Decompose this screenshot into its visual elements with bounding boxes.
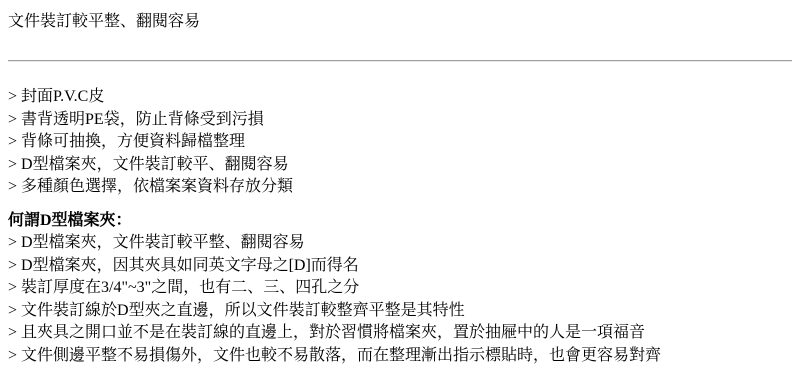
detail-line: > 文件側邊平整不易損傷外，文件也較不易散落，而在整理漸出指示標貼時，也會更容易… xyxy=(8,345,792,368)
detail-list: > D型檔案夾，文件裝訂較平整、翻閱容易> D型檔案夾，因其夾具如同英文字母之[… xyxy=(8,232,792,367)
detail-line: > 文件裝訂線於D型夾之直邊，所以文件裝訂較整齊平整是其特性 xyxy=(8,300,792,323)
feature-line: > D型檔案夾，文件裝訂較平、翻閱容易 xyxy=(8,154,792,177)
feature-line: > 書背透明PE袋，防止背條受到污損 xyxy=(8,109,792,132)
horizontal-divider xyxy=(8,60,792,62)
feature-line: > 多種顏色選擇，依檔案案資料存放分類 xyxy=(8,176,792,199)
detail-line: > 裝訂厚度在3/4"~3"之間，也有二、三、四孔之分 xyxy=(8,277,792,300)
section-heading: 何謂D型檔案夾： xyxy=(8,210,792,233)
feature-line: > 封面P.V.C皮 xyxy=(8,86,792,109)
document-body: 文件裝訂較平整、翻閱容易 > 封面P.V.C皮> 書背透明PE袋，防止背條受到污… xyxy=(0,11,800,367)
feature-line: > 背條可抽換，方便資料歸檔整理 xyxy=(8,131,792,154)
feature-list: > 封面P.V.C皮> 書背透明PE袋，防止背條受到污損> 背條可抽換，方便資料… xyxy=(8,86,792,199)
detail-line: > D型檔案夾，因其夾具如同英文字母之[D]而得名 xyxy=(8,255,792,278)
page-title: 文件裝訂較平整、翻閱容易 xyxy=(8,11,792,33)
detail-line: > D型檔案夾，文件裝訂較平整、翻閱容易 xyxy=(8,232,792,255)
page: { "page": { "title": "文件裝訂較平整、翻閱容易", "fe… xyxy=(0,0,800,374)
detail-line: > 且夾具之開口並不是在裝訂線的直邊上，對於習慣將檔案夾，置於抽屜中的人是一項福… xyxy=(8,322,792,345)
